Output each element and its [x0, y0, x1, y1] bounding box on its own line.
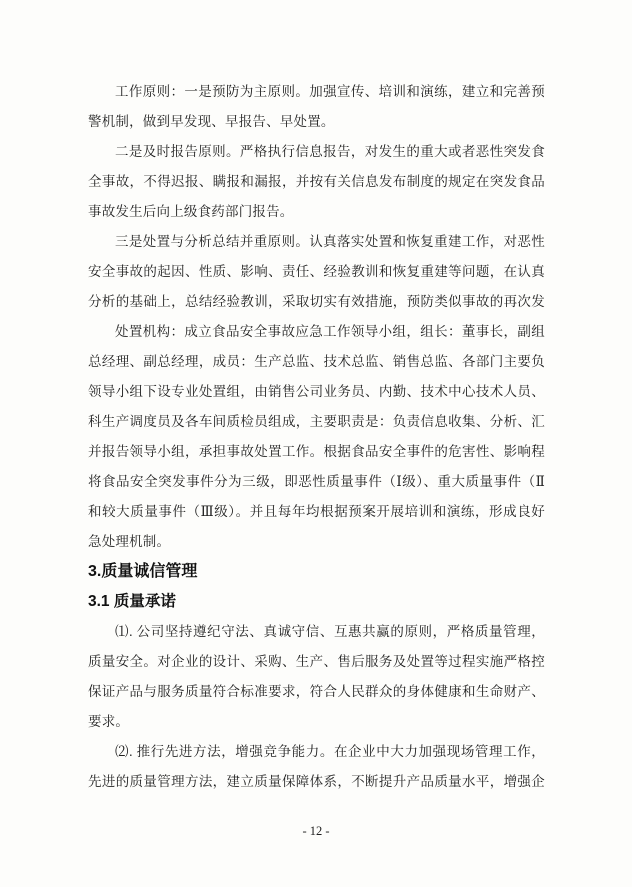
- document-page: 工作原则：一是预防为主原则。加强宣传、培训和演练，建立和完善预测预警机制，做到早…: [0, 0, 632, 887]
- text-line: ⑴. 公司坚持遵纪守法、真诚守信、互惠共赢的原则，严格质量管理，确保: [88, 617, 545, 647]
- text-line: 科生产调度员及各车间质检员组成，主要职责是：负责信息收集、分析、汇总，: [88, 407, 545, 437]
- text-line: 分析的基础上，总结经验教训，采取切实有效措施，预防类似事故的再次发生。: [88, 287, 545, 317]
- text-line: 处置机构：成立食品安全事故应急工作领导小组，组长：董事长，副组长：: [88, 317, 545, 347]
- text-line: 将食品安全突发事件分为三级，即恶性质量事件（Ⅰ级）、重大质量事件（Ⅱ级）、: [88, 467, 545, 497]
- text-line: 事故发生后向上级食药部门报告。: [88, 197, 545, 227]
- text-line: 安全事故的起因、性质、影响、责任、经验教训和恢复重建等问题，在认真调查: [88, 257, 545, 287]
- text-line: 保证产品与服务质量符合标准要求，符合人民群众的身体健康和生命财产、环保: [88, 677, 545, 707]
- text-line: 质量安全。对企业的设计、采购、生产、售后服务及处置等过程实施严格控制，: [88, 647, 545, 677]
- text-line: 三是处置与分析总结并重原则。认真落实处置和恢复重建工作，对恶性食品: [88, 227, 545, 257]
- text-line: 总经理、副总经理，成员：生产总监、技术总监、销售总监、各部门主要负责人。: [88, 347, 545, 377]
- text-line: 先进的质量管理方法，建立质量保障体系，不断提升产品质量水平，增强企业的: [88, 767, 545, 797]
- text-line: 急处理机制。: [88, 527, 545, 557]
- text-line: ⑵. 推行先进方法，增强竞争能力。在企业中大力加强现场管理工作，推行: [88, 737, 545, 767]
- text-line: 领导小组下设专业处置组，由销售公司业务员、内勤、技术中心技术人员、综合: [88, 377, 545, 407]
- text-line: 工作原则：一是预防为主原则。加强宣传、培训和演练，建立和完善预测预: [88, 77, 545, 107]
- text-line: 警机制，做到早发现、早报告、早处置。: [88, 107, 545, 137]
- section-heading: 3.质量诚信管理: [88, 557, 545, 587]
- text-line: 并报告领导小组，承担事故处置工作。根据食品安全事件的危害性、影响程度，: [88, 437, 545, 467]
- page-number: - 12 -: [0, 821, 632, 841]
- document-body: 工作原则：一是预防为主原则。加强宣传、培训和演练，建立和完善预测预警机制，做到早…: [88, 77, 545, 797]
- text-line: 和较大质量事件（Ⅲ级）。并且每年均根据预案开展培训和演练，形成良好的应: [88, 497, 545, 527]
- text-line: 全事故，不得迟报、瞒报和漏报，并按有关信息发布制度的规定在突发食品安全: [88, 167, 545, 197]
- section-heading: 3.1 质量承诺: [88, 587, 545, 617]
- text-line: 要求。: [88, 707, 545, 737]
- text-line: 二是及时报告原则。严格执行信息报告，对发生的重大或者恶性突发食品安: [88, 137, 545, 167]
